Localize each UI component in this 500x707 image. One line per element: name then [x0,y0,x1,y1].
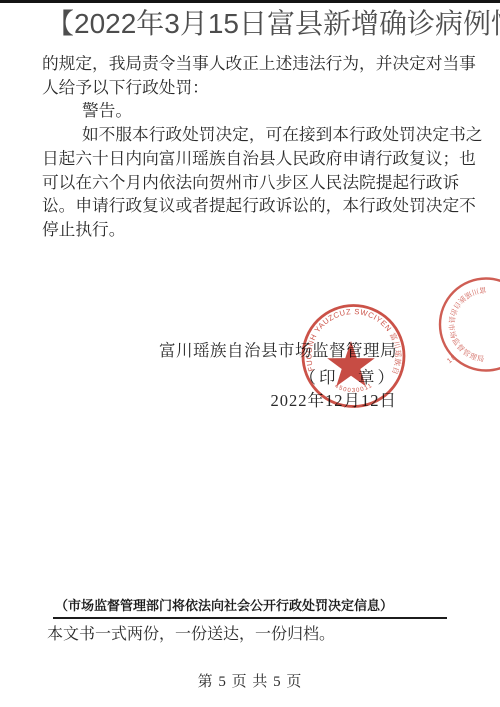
body-line: 的规定，我局责令当事人改正上述违法行为，并决定对当事 [42,52,446,76]
body-line: 停止执行。 [42,218,446,242]
copies-note: 本文书一式两份，一份送达，一份归档。 [47,624,335,646]
partial-seal-number: 18 [445,352,458,365]
body-line: 人给予以下行政处罚： [42,76,446,100]
body-line: 讼。申请行政复议或者提起行政诉讼的，本行政处罚决定不 [42,194,446,218]
body-line: 可以在六个月内依法向贺州市八步区人民法院提起行政诉 [42,171,446,195]
document-body: 的规定，我局责令当事人改正上述违法行为，并决定对当事 人给予以下行政处罚： 警告… [42,52,446,242]
body-line: 如不服本行政处罚决定，可在接到本行政处罚决定书之 [42,123,446,147]
star-icon [327,341,375,386]
partial-seal-right-edge: 富川瑶族自治县市场监督管理局 18 [420,258,500,403]
divider-line [53,617,447,619]
page-title: 【2022年3月15日富县新增确诊病例情况 [46,3,500,45]
public-disclosure-note: （市场监督管理部门将依法向社会公开行政处罚决定信息） [55,598,393,614]
document-page: 【2022年3月15日富县新增确诊病例情况 的规定，我局责令当事人改正上述违法行… [0,0,500,707]
body-line-penalty: 警告。 [42,99,446,123]
official-seal: FUCONH YAUZCUZ SWCIYEN 富川瑶族自治县市场监督管理局 45… [298,300,410,412]
page-number: 第 5 页 共 5 页 [0,670,500,691]
body-line: 日起六十日内向富川瑶族自治县人民政府申请行政复议；也 [42,147,446,171]
